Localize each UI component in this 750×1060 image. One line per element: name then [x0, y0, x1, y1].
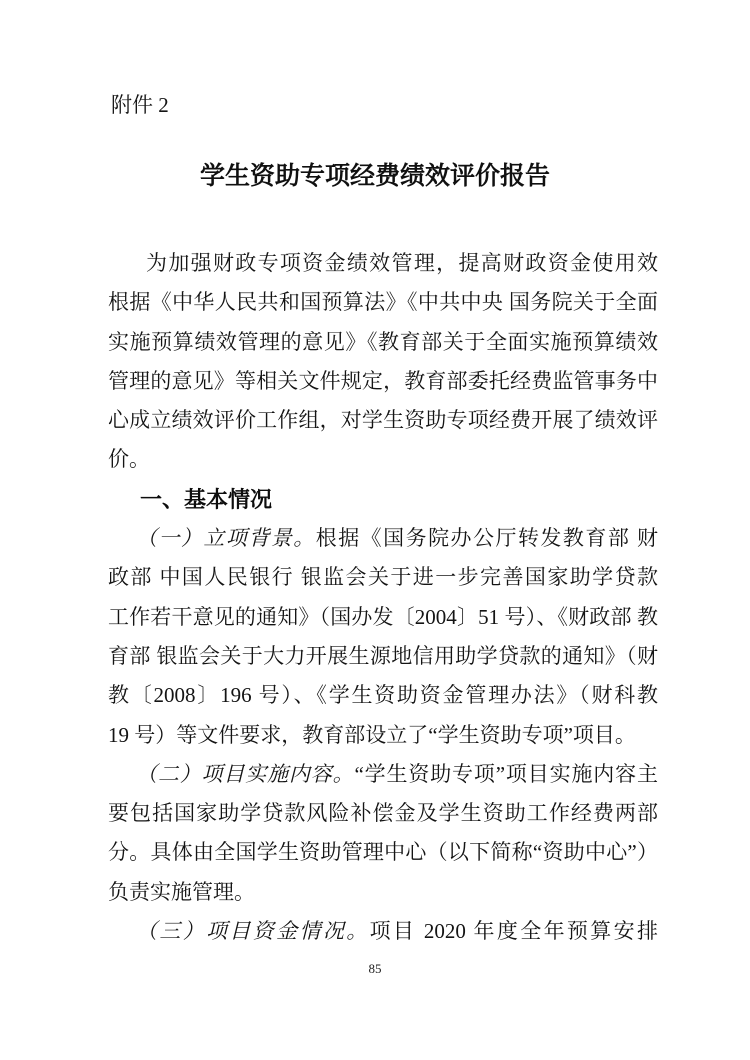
text-line: （三）项目资金情况。项目 2020 年度全年预算安排	[108, 912, 658, 951]
body-text: 项目 2020 年度全年预算安排	[370, 919, 658, 943]
text-line: 实施预算绩效管理的意见》《教育部关于全面实施预算绩效	[108, 323, 658, 362]
text-line: 管理的意见》等相关文件规定，教育部委托经费监管事务中	[108, 362, 658, 401]
text-line: 育部 银监会关于大力开展生源地信用助学贷款的通知》（财	[108, 637, 658, 676]
text-line: （一）立项背景。根据《国务院办公厅转发教育部 财	[108, 519, 658, 558]
document-page: 附件 2 学生资助专项经费绩效评价报告 为加强财政专项资金绩效管理，提高财政资金…	[0, 0, 750, 1060]
text-line: （二）项目实施内容。“学生资助专项”项目实施内容主	[108, 755, 658, 794]
section-heading: 一、基本情况	[108, 480, 658, 519]
page-number: 85	[0, 961, 750, 977]
text-line: 政部 中国人民银行 银监会关于进一步完善国家助学贷款	[108, 558, 658, 597]
text-line: 心成立绩效评价工作组，对学生资助专项经费开展了绩效评	[108, 401, 658, 440]
subheading-kaiti-text: （三）项目资金情况。	[136, 919, 370, 943]
subheading-kaiti-text: （一）立项背景。	[136, 526, 316, 550]
text-line: 工作若干意见的通知》（国办发〔2004〕51 号）、《财政部 教	[108, 598, 658, 637]
subheading-kaiti-text: （二）项目实施内容。	[136, 762, 354, 786]
text-line: 要包括国家助学贷款风险补偿金及学生资助工作经费两部	[108, 794, 658, 833]
text-line: 分。具体由全国学生资助管理中心（以下简称“资助中心”）	[108, 833, 658, 872]
text-line: 负责实施管理。	[108, 873, 658, 912]
attachment-label: 附件 2	[111, 92, 169, 118]
text-line: 根据《中华人民共和国预算法》《中共中央 国务院关于全面	[108, 283, 658, 322]
text-line: 教〔2008〕196 号）、《学生资助资金管理办法》（财科教〔2019〕	[108, 676, 658, 715]
text-line: 为加强财政专项资金绩效管理，提高财政资金使用效益，	[108, 244, 658, 283]
document-title: 学生资助专项经费绩效评价报告	[0, 161, 750, 193]
text-line: 价。	[108, 440, 658, 479]
document-body: 为加强财政专项资金绩效管理，提高财政资金使用效益，根据《中华人民共和国预算法》《…	[108, 244, 658, 951]
text-line: 19 号）等文件要求，教育部设立了“学生资助专项”项目。	[108, 716, 658, 755]
body-text: 根据《国务院办公厅转发教育部 财	[316, 526, 658, 550]
body-text: “学生资助专项”项目实施内容主	[354, 762, 658, 786]
